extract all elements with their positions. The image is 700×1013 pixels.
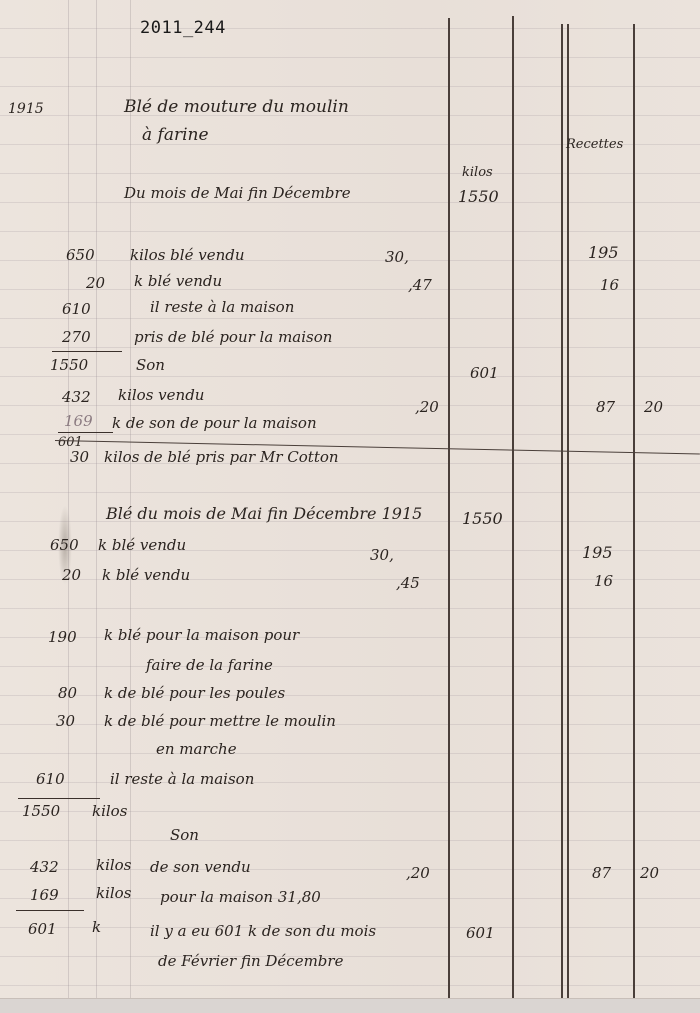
entry-desc: pour la maison 31,80 [160, 888, 321, 906]
ledger-page: 2011_244 1915 Blé de mouture du moulin à… [0, 0, 700, 1013]
note-desc: kilos de blé pris par Mr Cotton [104, 448, 339, 466]
entry-recettes: 16 [594, 572, 613, 590]
entry-qty: 610 [62, 300, 91, 318]
column-rule-cents [633, 24, 635, 999]
entry-desc: k blé vendu [102, 566, 190, 584]
page-bottom-edge [0, 998, 700, 1013]
entry-desc: k blé pour la maison pour [104, 626, 299, 644]
entry-desc-cont: en marche [156, 740, 237, 758]
entry-qty: 190 [48, 628, 77, 646]
entry-qty: 20 [86, 274, 105, 292]
entry-qty: 169 [64, 412, 93, 430]
entry-recettes: 87 [592, 864, 611, 882]
entry-price: ,45 [396, 574, 420, 592]
entry-unit: kilos [96, 884, 131, 902]
son-label: Son [170, 826, 199, 844]
entry-desc: k de son de pour la maison [112, 414, 317, 432]
entry-desc: il reste à la maison [150, 298, 294, 316]
entry-price: ,20 [406, 864, 430, 882]
section2-total: 1550 [22, 802, 60, 820]
son-total-unit: k [92, 918, 101, 936]
recettes-header: Recettes [566, 136, 623, 154]
sum-underline [16, 910, 84, 911]
entry-qty: 80 [58, 684, 77, 702]
entry-desc: kilos vendu [118, 386, 204, 404]
entry-desc-cont: faire de la farine [146, 656, 273, 674]
entry-qty: 20 [62, 566, 81, 584]
year-label: 1915 [8, 100, 44, 118]
column-rule-kilos-left [448, 18, 450, 1003]
sum-underline [52, 351, 122, 352]
section2-period-kilos: 1550 [462, 510, 503, 528]
son-total-qty: 601 [28, 920, 57, 938]
entry-price: ,47 [408, 276, 432, 294]
entry-price: 30, [385, 248, 409, 266]
entry-recettes: 195 [582, 544, 613, 562]
entry-desc: k de blé pour mettre le moulin [104, 712, 336, 730]
column-rule-double-a [561, 24, 563, 1004]
entry-desc: de son vendu [150, 858, 251, 876]
entry-recettes: 16 [600, 276, 619, 294]
archive-id-label: 2011_244 [140, 18, 226, 38]
section2-period: Blé du mois de Mai fin Décembre 1915 [106, 505, 422, 523]
son-kilos: 601 [470, 364, 499, 382]
entry-cents: 20 [644, 398, 663, 416]
entry-qty: 432 [62, 388, 91, 406]
entry-desc: k de blé pour les poules [104, 684, 285, 702]
entry-qty: 270 [62, 328, 91, 346]
kilos-header: kilos [462, 164, 493, 182]
margin-line [130, 0, 131, 1000]
entry-qty: 650 [66, 246, 95, 264]
son-total-kilos: 601 [466, 924, 495, 942]
entry-qty: 30 [56, 712, 75, 730]
section1-period-kilos: 1550 [458, 188, 499, 206]
entry-price: ,20 [415, 398, 439, 416]
entry-desc: k blé vendu [98, 536, 186, 554]
section2-total-unit: kilos [92, 802, 127, 820]
entry-unit: kilos [96, 856, 131, 874]
entry-desc: il reste à la maison [110, 770, 254, 788]
column-rule-kilos-right [512, 16, 514, 1013]
entry-recettes: 195 [588, 244, 619, 262]
son-total-desc: il y a eu 601 k de son du mois [150, 922, 376, 940]
son-label: Son [136, 356, 165, 374]
entry-recettes: 87 [596, 398, 615, 416]
sum-underline [18, 798, 100, 799]
note-qty: 30 [70, 448, 89, 466]
entry-cents: 20 [640, 864, 659, 882]
entry-qty: 650 [50, 536, 79, 554]
title-line2: à farine [142, 126, 209, 144]
column-rule-double-b [567, 24, 569, 1004]
margin-line [68, 0, 69, 1000]
margin-line [96, 0, 97, 1000]
entry-desc: k blé vendu [134, 272, 222, 290]
entry-qty: 610 [36, 770, 65, 788]
entry-desc: kilos blé vendu [130, 246, 245, 264]
subtotal: 1550 [50, 356, 88, 374]
section1-period: Du mois de Mai fin Décembre [124, 184, 351, 202]
entry-desc: pris de blé pour la maison [134, 328, 332, 346]
entry-qty: 432 [30, 858, 59, 876]
son-total-desc-cont: de Février fin Décembre [158, 952, 343, 970]
title-line1: Blé de mouture du moulin [124, 98, 349, 116]
entry-price: 30, [370, 546, 394, 564]
sum-underline [58, 432, 113, 433]
entry-qty: 169 [30, 886, 59, 904]
